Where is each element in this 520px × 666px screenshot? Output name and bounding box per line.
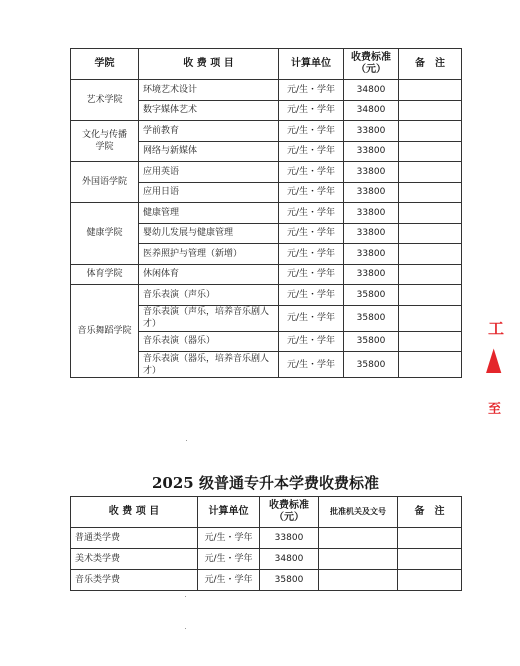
table-row: 艺术学院 环境艺术设计 元/生・学年 34800 bbox=[71, 80, 462, 101]
unit-cell: 元/生・学年 bbox=[279, 162, 344, 183]
college-cell: 体育学院 bbox=[71, 264, 139, 285]
seal-fragment-bottom: 至 bbox=[488, 398, 501, 417]
table-row: 美术类学费 元/生・学年 34800 bbox=[71, 549, 462, 570]
item-cell: 健康管理 bbox=[139, 203, 279, 224]
table-header-row: 收 费 项 目 计算单位 收费标准（元） 批准机关及文号 备 注 bbox=[71, 497, 462, 528]
fee-cell: 33800 bbox=[344, 203, 399, 224]
header-fee: 收费标准（元） bbox=[260, 497, 319, 528]
item-cell: 音乐表演（声乐，培养音乐剧人才） bbox=[139, 305, 279, 331]
unit-cell: 元/生・学年 bbox=[279, 244, 344, 265]
remark-cell bbox=[399, 244, 462, 265]
fee-cell: 35800 bbox=[344, 305, 399, 331]
fee-cell: 33800 bbox=[344, 264, 399, 285]
fee-cell: 35800 bbox=[344, 285, 399, 306]
remark-cell bbox=[399, 121, 462, 142]
remark-cell bbox=[399, 182, 462, 203]
remark-cell bbox=[399, 305, 462, 331]
unit-cell: 元/生・学年 bbox=[279, 121, 344, 142]
fee-cell: 33800 bbox=[344, 121, 399, 142]
scan-speck bbox=[185, 628, 186, 629]
fee-cell: 33800 bbox=[344, 162, 399, 183]
fee-cell: 34800 bbox=[344, 80, 399, 101]
unit-cell: 元/生・学年 bbox=[279, 182, 344, 203]
unit-cell: 元/生・学年 bbox=[279, 285, 344, 306]
remark-cell bbox=[399, 100, 462, 121]
fee-cell: 33800 bbox=[344, 141, 399, 162]
remark-cell bbox=[399, 352, 462, 378]
item-cell: 网络与新媒体 bbox=[139, 141, 279, 162]
table-row: 音乐舞蹈学院 音乐表演（声乐） 元/生・学年 35800 bbox=[71, 285, 462, 306]
unit-cell: 元/生・学年 bbox=[198, 570, 260, 591]
remark-cell bbox=[399, 162, 462, 183]
scan-speck bbox=[186, 440, 187, 441]
remark-cell bbox=[399, 331, 462, 352]
remark-cell bbox=[399, 80, 462, 101]
seal-fragment-middle: ▲ bbox=[486, 339, 501, 377]
remark-cell bbox=[398, 528, 462, 549]
item-cell: 音乐类学费 bbox=[71, 570, 198, 591]
remark-cell bbox=[399, 141, 462, 162]
header-fee: 收费标准（元） bbox=[344, 49, 399, 80]
item-cell: 应用英语 bbox=[139, 162, 279, 183]
table-row: 外国语学院 应用英语 元/生・学年 33800 bbox=[71, 162, 462, 183]
approval-cell bbox=[319, 549, 398, 570]
table-header-row: 学院 收 费 项 目 计算单位 收费标准（元） 备 注 bbox=[71, 49, 462, 80]
header-remark: 备 注 bbox=[399, 49, 462, 80]
upgrade-fee-table: 收 费 项 目 计算单位 收费标准（元） 批准机关及文号 备 注 普通类学费 元… bbox=[70, 496, 462, 591]
approval-cell bbox=[319, 570, 398, 591]
unit-cell: 元/生・学年 bbox=[198, 549, 260, 570]
unit-cell: 元/生・学年 bbox=[279, 352, 344, 378]
college-cell: 音乐舞蹈学院 bbox=[71, 285, 139, 378]
item-cell: 音乐表演（器乐，培养音乐剧人才） bbox=[139, 352, 279, 378]
fee-cell: 35800 bbox=[344, 331, 399, 352]
remark-cell bbox=[398, 549, 462, 570]
table-row: 健康学院 健康管理 元/生・学年 33800 bbox=[71, 203, 462, 224]
fee-cell: 33800 bbox=[344, 244, 399, 265]
table-row: 文化与传播学院 学前教育 元/生・学年 33800 bbox=[71, 121, 462, 142]
fee-cell: 33800 bbox=[344, 182, 399, 203]
college-fee-table: 学院 收 费 项 目 计算单位 收费标准（元） 备 注 艺术学院 环境艺术设计 … bbox=[70, 48, 462, 378]
unit-cell: 元/生・学年 bbox=[279, 141, 344, 162]
unit-cell: 元/生・学年 bbox=[279, 80, 344, 101]
item-cell: 美术类学费 bbox=[71, 549, 198, 570]
header-unit: 计算单位 bbox=[198, 497, 260, 528]
section-title: 2025 级普通专升本学费收费标准 bbox=[70, 472, 461, 493]
header-college: 学院 bbox=[71, 49, 139, 80]
item-cell: 医养照护与管理（新增） bbox=[139, 244, 279, 265]
unit-cell: 元/生・学年 bbox=[279, 100, 344, 121]
item-cell: 音乐表演（声乐） bbox=[139, 285, 279, 306]
fee-cell: 33800 bbox=[344, 223, 399, 244]
scan-speck bbox=[185, 596, 186, 597]
item-cell: 学前教育 bbox=[139, 121, 279, 142]
header-item: 收 费 项 目 bbox=[139, 49, 279, 80]
unit-cell: 元/生・学年 bbox=[198, 528, 260, 549]
header-unit: 计算单位 bbox=[279, 49, 344, 80]
remark-cell bbox=[399, 223, 462, 244]
fee-cell: 33800 bbox=[260, 528, 319, 549]
table-row: 体育学院 休闲体育 元/生・学年 33800 bbox=[71, 264, 462, 285]
header-remark: 备 注 bbox=[398, 497, 462, 528]
remark-cell bbox=[399, 264, 462, 285]
remark-cell bbox=[398, 570, 462, 591]
item-cell: 音乐表演（器乐） bbox=[139, 331, 279, 352]
item-cell: 数字媒体艺术 bbox=[139, 100, 279, 121]
fee-cell: 35800 bbox=[260, 570, 319, 591]
college-cell: 外国语学院 bbox=[71, 162, 139, 203]
seal-fragment-top: 工 bbox=[488, 316, 504, 339]
unit-cell: 元/生・学年 bbox=[279, 223, 344, 244]
college-cell: 文化与传播学院 bbox=[71, 121, 139, 162]
table-row: 普通类学费 元/生・学年 33800 bbox=[71, 528, 462, 549]
college-cell: 艺术学院 bbox=[71, 80, 139, 121]
fee-cell: 34800 bbox=[260, 549, 319, 570]
item-cell: 普通类学费 bbox=[71, 528, 198, 549]
remark-cell bbox=[399, 285, 462, 306]
unit-cell: 元/生・学年 bbox=[279, 305, 344, 331]
item-cell: 休闲体育 bbox=[139, 264, 279, 285]
item-cell: 环境艺术设计 bbox=[139, 80, 279, 101]
approval-cell bbox=[319, 528, 398, 549]
remark-cell bbox=[399, 203, 462, 224]
table-row: 音乐类学费 元/生・学年 35800 bbox=[71, 570, 462, 591]
item-cell: 婴幼儿发展与健康管理 bbox=[139, 223, 279, 244]
item-cell: 应用日语 bbox=[139, 182, 279, 203]
unit-cell: 元/生・学年 bbox=[279, 331, 344, 352]
fee-cell: 34800 bbox=[344, 100, 399, 121]
unit-cell: 元/生・学年 bbox=[279, 203, 344, 224]
header-item: 收 费 项 目 bbox=[71, 497, 198, 528]
unit-cell: 元/生・学年 bbox=[279, 264, 344, 285]
header-approval: 批准机关及文号 bbox=[319, 497, 398, 528]
college-cell: 健康学院 bbox=[71, 203, 139, 265]
fee-cell: 35800 bbox=[344, 352, 399, 378]
